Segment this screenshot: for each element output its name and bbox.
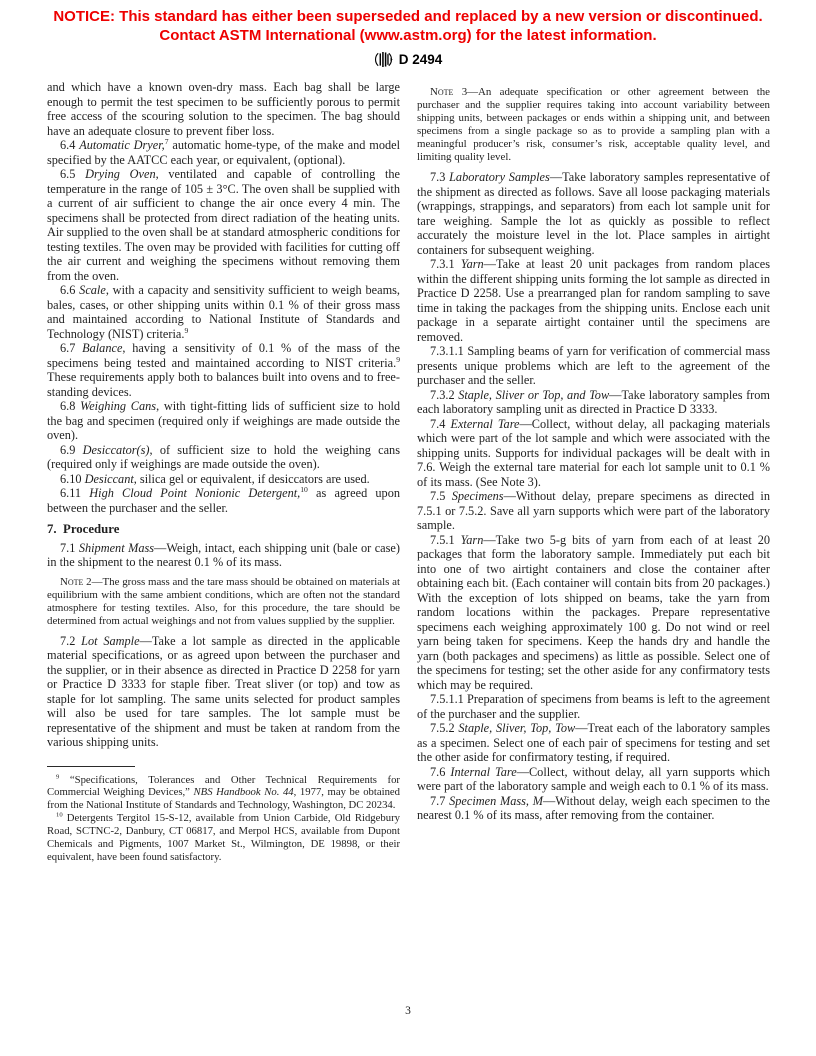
paragraph: 7.5.1 Yarn—Take two 5-g bits of yarn fro…: [417, 533, 770, 693]
footnote: 10 Detergents Tergitol 15-S-12, availabl…: [47, 812, 400, 864]
paragraph: 7.3 Laboratory Samples—Take laboratory s…: [417, 170, 770, 257]
designation-line: D 2494: [0, 50, 816, 69]
paragraph: 7.3.1.1 Sampling beams of yarn for verif…: [417, 344, 770, 388]
paragraph: 6.5 Drying Oven, ventilated and capable …: [47, 167, 400, 283]
note-paragraph: Note 3—An adequate specification or othe…: [417, 86, 770, 164]
paragraph: 6.7 Balance, having a sensitivity of 0.1…: [47, 341, 400, 399]
paragraph: 7.3.2 Staple, Sliver or Top, and Tow—Tak…: [417, 388, 770, 417]
notice-line-2: Contact ASTM International (www.astm.org…: [0, 26, 816, 45]
footnote: 9 “Specifications, Tolerances and Other …: [47, 774, 400, 813]
supersession-notice: NOTICE: This standard has either been su…: [0, 0, 816, 45]
paragraph: 7.5.1.1 Preparation of specimens from be…: [417, 692, 770, 721]
paragraph: 7.3.1 Yarn—Take at least 20 unit package…: [417, 257, 770, 344]
paragraph: 7.4 External Tare—Collect, without delay…: [417, 417, 770, 490]
paragraph: 7.1 Shipment Mass—Weigh, intact, each sh…: [47, 541, 400, 570]
two-column-body: and which have a known oven-dry mass. Ea…: [0, 80, 816, 864]
paragraph: 7.6 Internal Tare—Collect, without delay…: [417, 765, 770, 794]
right-column: Note 3—An adequate specification or othe…: [417, 80, 770, 823]
document-page: NOTICE: This standard has either been su…: [0, 0, 816, 1056]
right-column-text: Note 3—An adequate specification or othe…: [417, 86, 770, 823]
left-column: and which have a known oven-dry mass. Ea…: [47, 80, 400, 864]
page-number: 3: [0, 1005, 816, 1017]
paragraph: 6.8 Weighing Cans, with tight-fitting li…: [47, 399, 400, 443]
notice-line-1: NOTICE: This standard has either been su…: [0, 7, 816, 26]
note-paragraph: Note 2—The gross mass and the tare mass …: [47, 576, 400, 628]
footnote-divider: [47, 766, 135, 767]
paragraph: 6.4 Automatic Dryer,7 automatic home-typ…: [47, 138, 400, 167]
paragraph: 7.2 Lot Sample—Take a lot sample as dire…: [47, 634, 400, 750]
paragraph: 6.6 Scale, with a capacity and sensitivi…: [47, 283, 400, 341]
paragraph: 6.10 Desiccant, silica gel or equivalent…: [47, 472, 400, 487]
paragraph: 7.5 Specimens—Without delay, prepare spe…: [417, 489, 770, 533]
paragraph: 7.5.2 Staple, Sliver, Top, Tow—Treat eac…: [417, 721, 770, 765]
left-column-text: and which have a known oven-dry mass. Ea…: [47, 80, 400, 750]
footnotes-block: 9 “Specifications, Tolerances and Other …: [47, 774, 400, 864]
paragraph: and which have a known oven-dry mass. Ea…: [47, 80, 400, 138]
doc-designation: D 2494: [399, 52, 443, 67]
section-heading: 7. Procedure: [47, 522, 400, 537]
astm-logo-icon: [374, 50, 393, 69]
paragraph: 7.7 Specimen Mass, M—Without delay, weig…: [417, 794, 770, 823]
paragraph: 6.9 Desiccator(s), of sufficient size to…: [47, 443, 400, 472]
paragraph: 6.11 High Cloud Point Nonionic Detergent…: [47, 486, 400, 515]
